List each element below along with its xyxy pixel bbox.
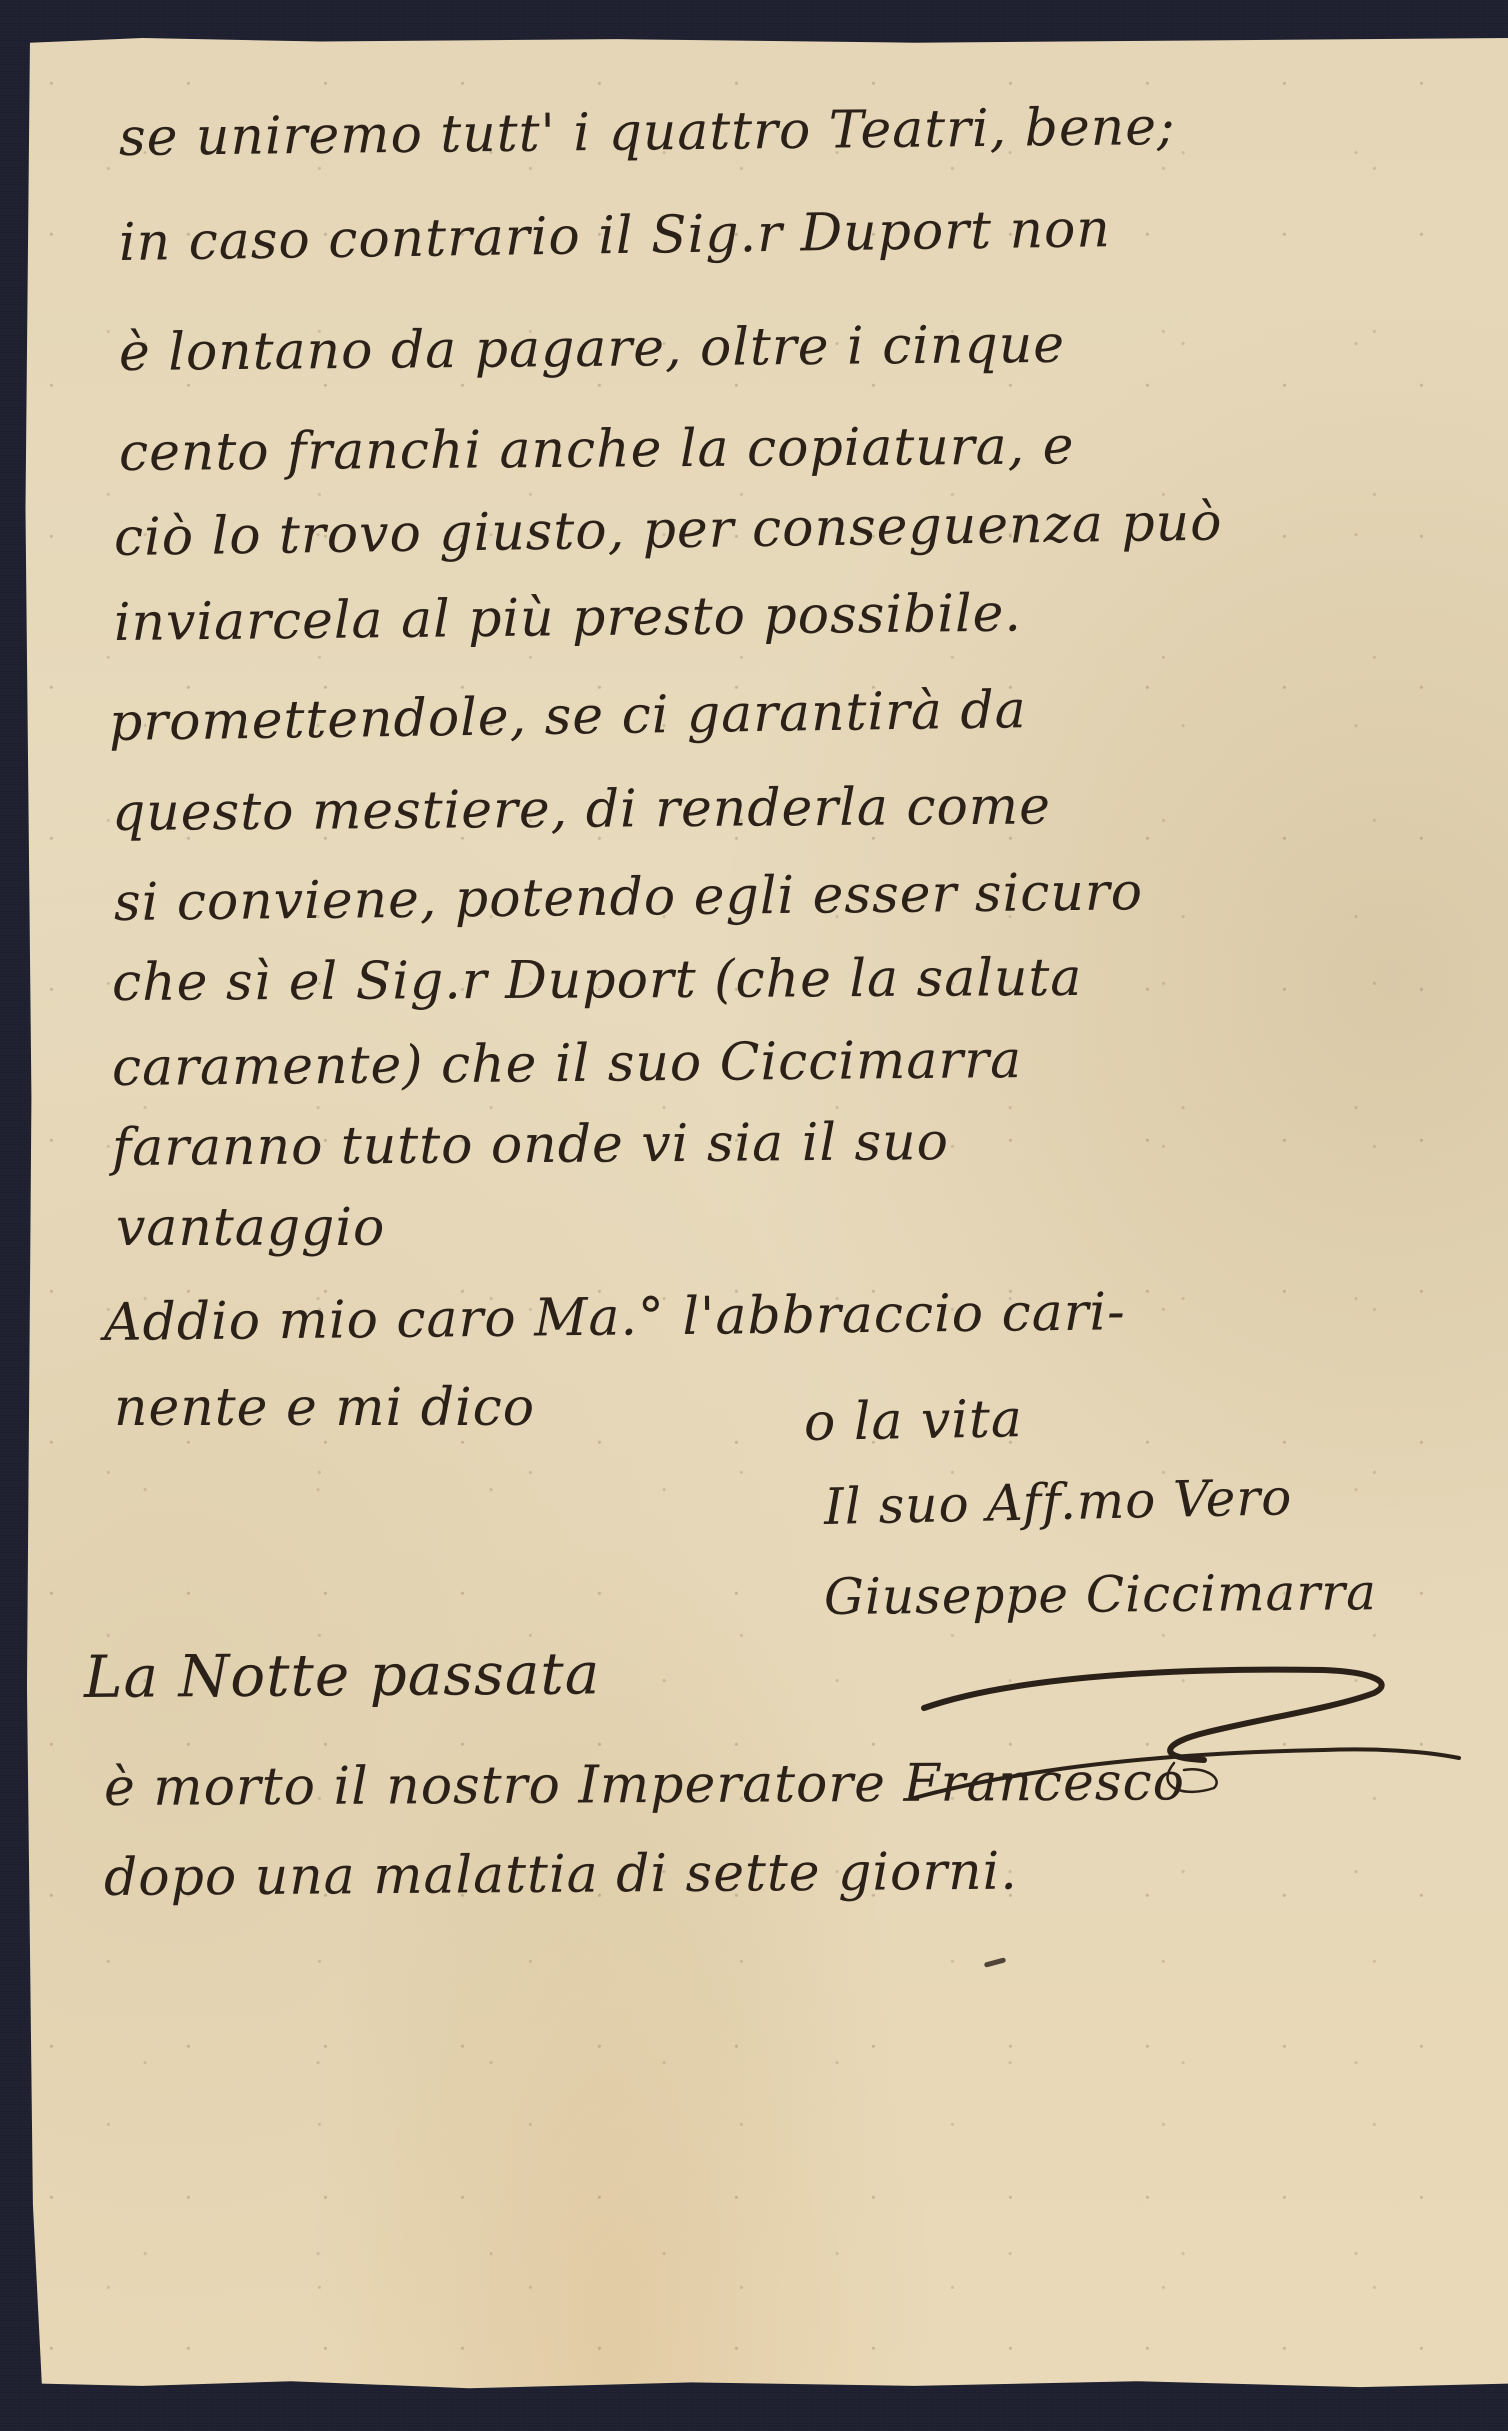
closing-line: nente e mi dico <box>114 1378 535 1438</box>
body-line: cento franchi anche la copiatura, e <box>119 416 1075 483</box>
body-line: caramente) che il suo Ciccimarra <box>112 1030 1023 1098</box>
body-line: inviarcela al più presto possibile. <box>114 583 1023 653</box>
ink-speck <box>984 1957 1007 1968</box>
closing-line: o la vita <box>803 1389 1023 1453</box>
body-line: è lontano da pagare, oltre i cinque <box>119 315 1065 383</box>
body-line: promettendole, se ci garantirà da <box>109 680 1028 753</box>
body-line: faranno tutto onde vi sia il suo <box>112 1112 949 1178</box>
postscript-line: La Notte passata <box>84 1639 601 1711</box>
body-line: in caso contrario il Sig.r Duport non <box>119 199 1112 273</box>
body-line: vantaggio <box>116 1198 385 1258</box>
body-line: se uniremo tutt' i quattro Teatri, bene; <box>119 97 1176 168</box>
letter-page: se uniremo tutt' i quattro Teatri, bene;… <box>24 38 1508 2393</box>
postscript-line: è morto il nostro Imperatore Francesco <box>104 1752 1185 1818</box>
body-line: questo mestiere, di renderla come <box>112 776 1051 843</box>
body-line: ciò lo trovo giusto, per conseguenza può <box>114 493 1223 568</box>
signature-valediction: Il suo Aff.mo Vero <box>823 1468 1292 1536</box>
body-line: si conviene, potendo egli esser sicuro <box>114 862 1144 933</box>
postscript-line: dopo una malattia di sette giorni. <box>104 1842 1018 1908</box>
closing-line: Addio mio caro Ma.° l'abbraccio cari- <box>104 1282 1126 1353</box>
letter-content: se uniremo tutt' i quattro Teatri, bene;… <box>24 38 1508 2393</box>
body-line: che sì el Sig.r Duport (che la saluta <box>112 948 1083 1013</box>
signature-name: Giuseppe Ciccimarra <box>824 1563 1377 1626</box>
